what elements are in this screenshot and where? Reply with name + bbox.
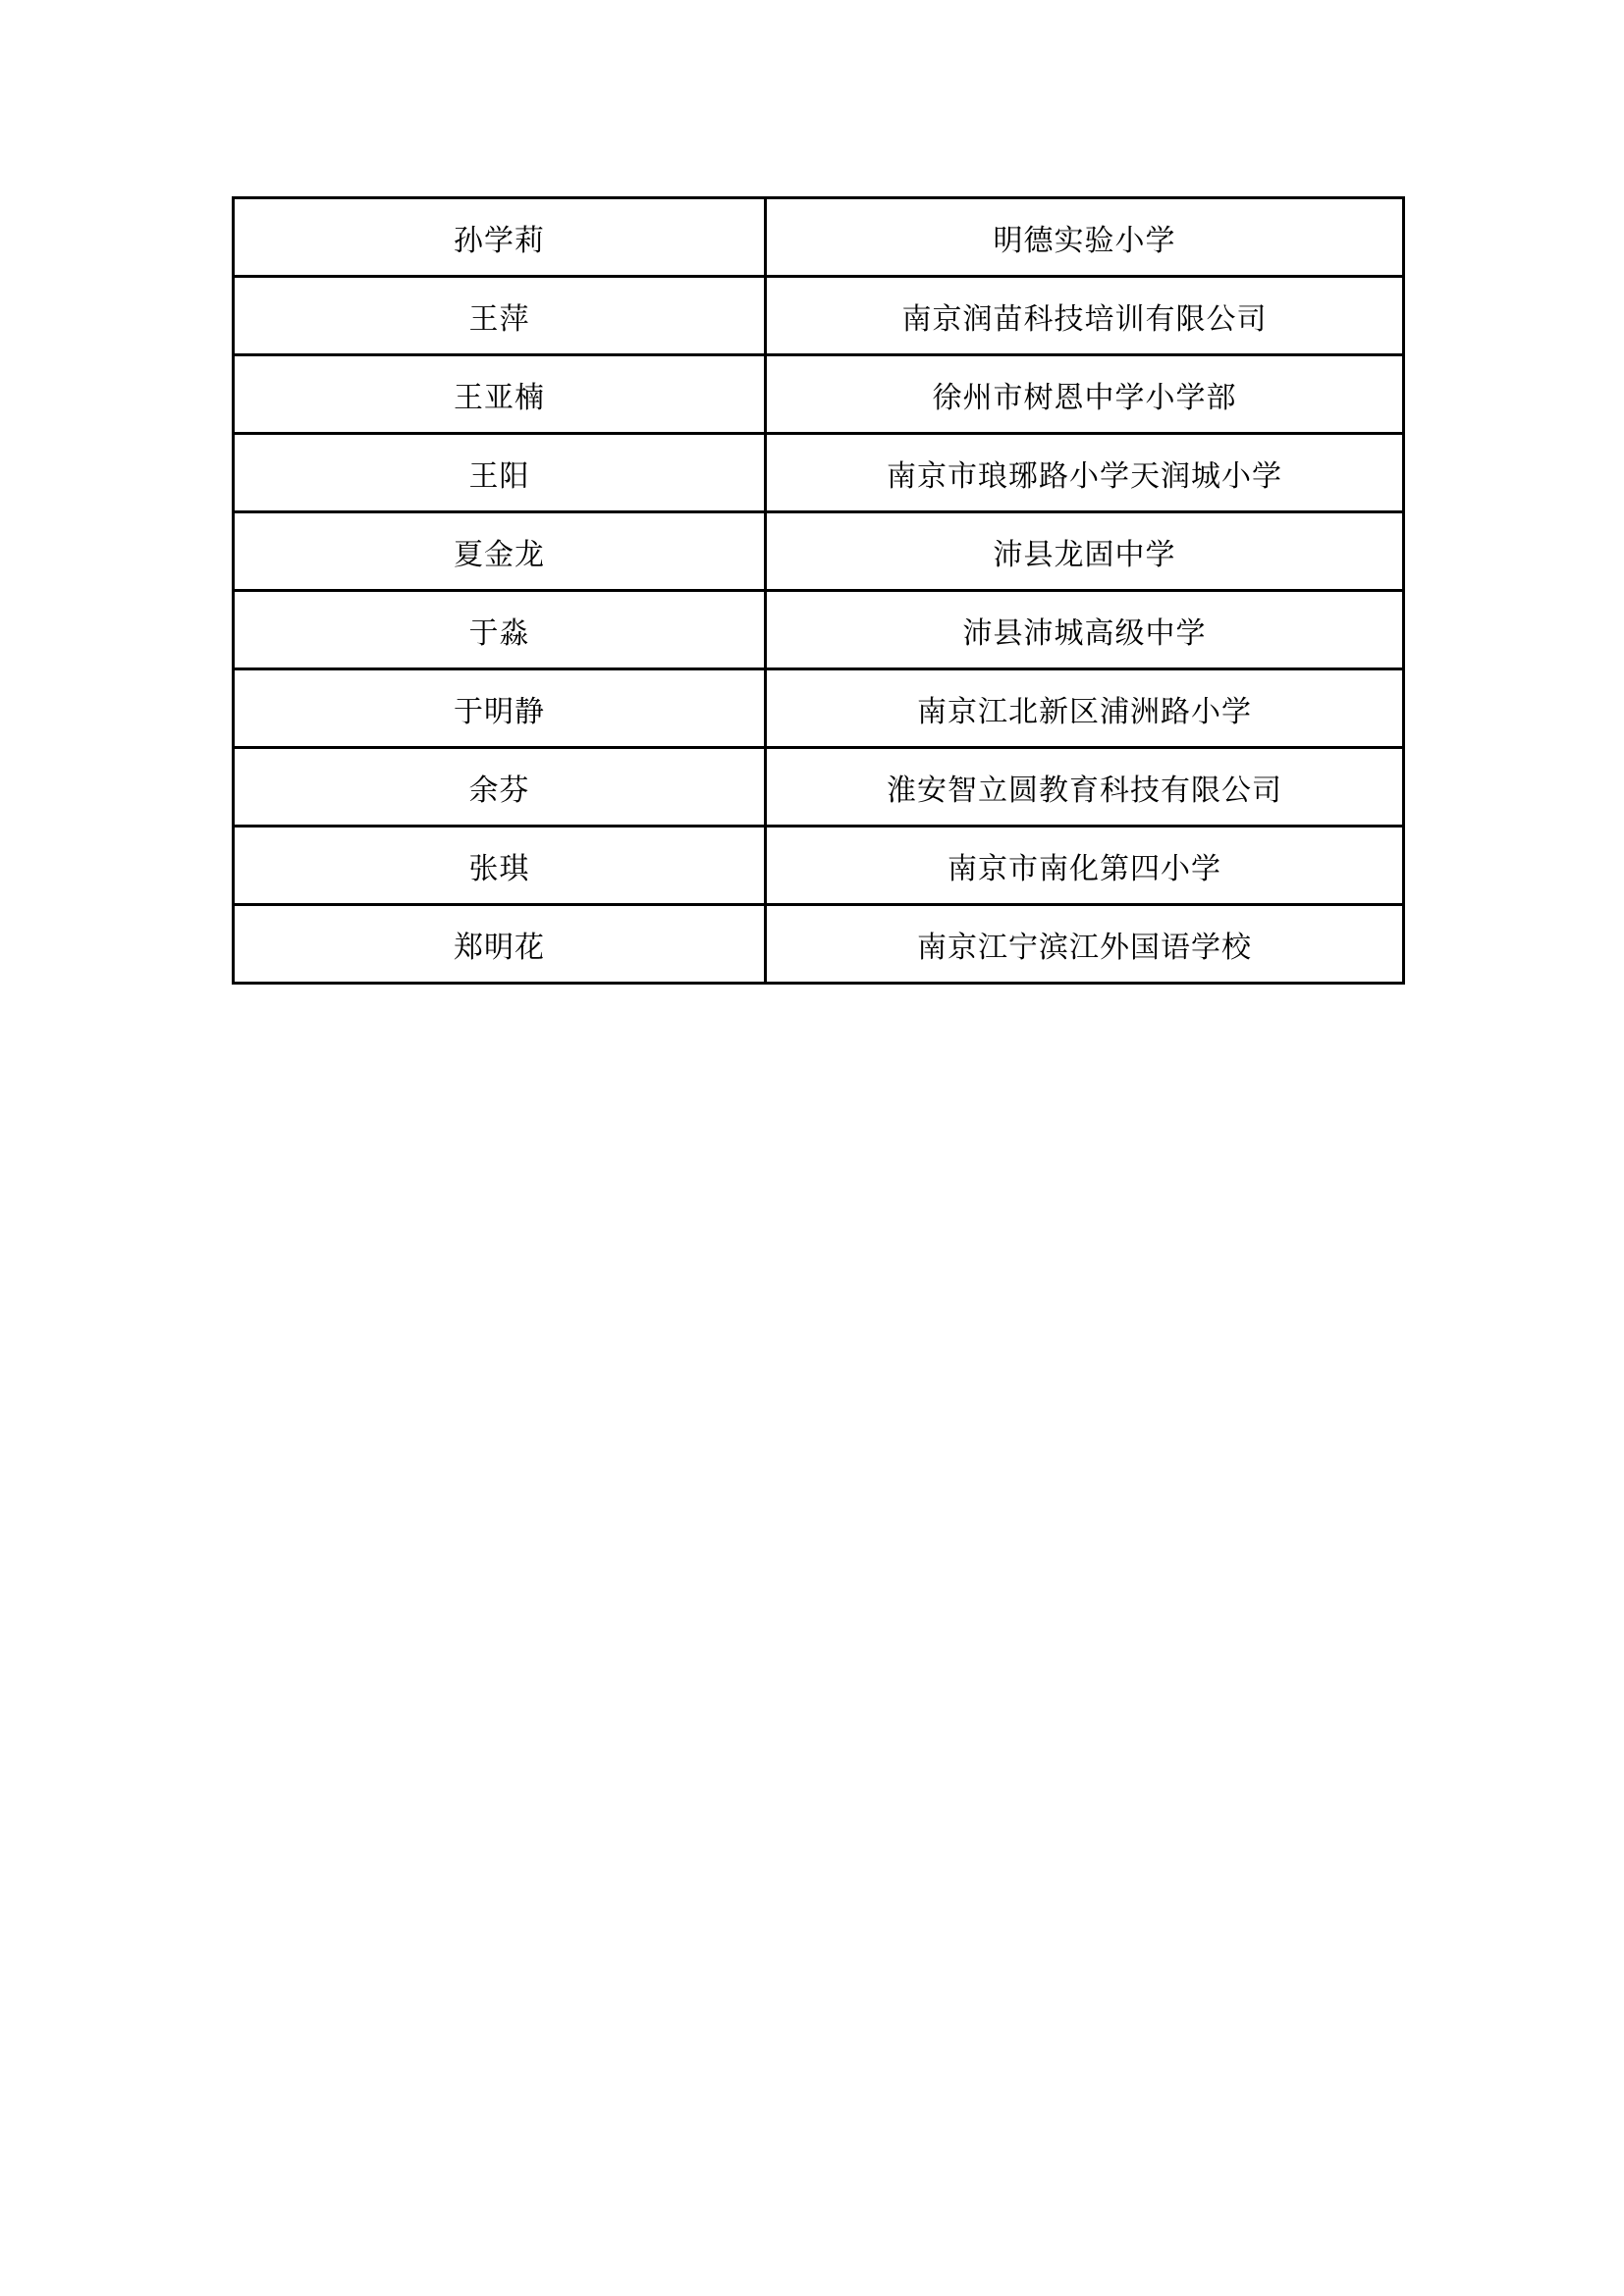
roster-table: 孙学莉 明德实验小学 王萍 南京润苗科技培训有限公司 王亚楠 徐州市树恩中学小学… <box>232 196 1405 985</box>
name-cell: 王萍 <box>234 277 766 355</box>
name-cell: 夏金龙 <box>234 512 766 591</box>
document-page: 孙学莉 明德实验小学 王萍 南京润苗科技培训有限公司 王亚楠 徐州市树恩中学小学… <box>0 0 1624 2296</box>
table-row: 夏金龙 沛县龙固中学 <box>234 512 1404 591</box>
name-cell: 王阳 <box>234 434 766 512</box>
table-row: 郑明花 南京江宁滨江外国语学校 <box>234 905 1404 984</box>
org-cell: 南京江北新区浦洲路小学 <box>766 669 1404 748</box>
name-cell: 王亚楠 <box>234 355 766 434</box>
org-cell: 明德实验小学 <box>766 198 1404 277</box>
table-row: 孙学莉 明德实验小学 <box>234 198 1404 277</box>
table-row: 于明静 南京江北新区浦洲路小学 <box>234 669 1404 748</box>
name-cell: 于明静 <box>234 669 766 748</box>
org-cell: 南京润苗科技培训有限公司 <box>766 277 1404 355</box>
table-row: 王萍 南京润苗科技培训有限公司 <box>234 277 1404 355</box>
name-cell: 余芬 <box>234 748 766 827</box>
roster-table-body: 孙学莉 明德实验小学 王萍 南京润苗科技培训有限公司 王亚楠 徐州市树恩中学小学… <box>234 198 1404 984</box>
org-cell: 淮安智立圆教育科技有限公司 <box>766 748 1404 827</box>
name-cell: 于淼 <box>234 591 766 669</box>
org-cell: 南京市南化第四小学 <box>766 827 1404 905</box>
org-cell: 南京江宁滨江外国语学校 <box>766 905 1404 984</box>
org-cell: 沛县沛城高级中学 <box>766 591 1404 669</box>
name-cell: 孙学莉 <box>234 198 766 277</box>
table-row: 王亚楠 徐州市树恩中学小学部 <box>234 355 1404 434</box>
table-row: 王阳 南京市琅琊路小学天润城小学 <box>234 434 1404 512</box>
name-cell: 郑明花 <box>234 905 766 984</box>
org-cell: 沛县龙固中学 <box>766 512 1404 591</box>
org-cell: 徐州市树恩中学小学部 <box>766 355 1404 434</box>
name-cell: 张琪 <box>234 827 766 905</box>
table-row: 张琪 南京市南化第四小学 <box>234 827 1404 905</box>
table-row: 于淼 沛县沛城高级中学 <box>234 591 1404 669</box>
table-row: 余芬 淮安智立圆教育科技有限公司 <box>234 748 1404 827</box>
org-cell: 南京市琅琊路小学天润城小学 <box>766 434 1404 512</box>
